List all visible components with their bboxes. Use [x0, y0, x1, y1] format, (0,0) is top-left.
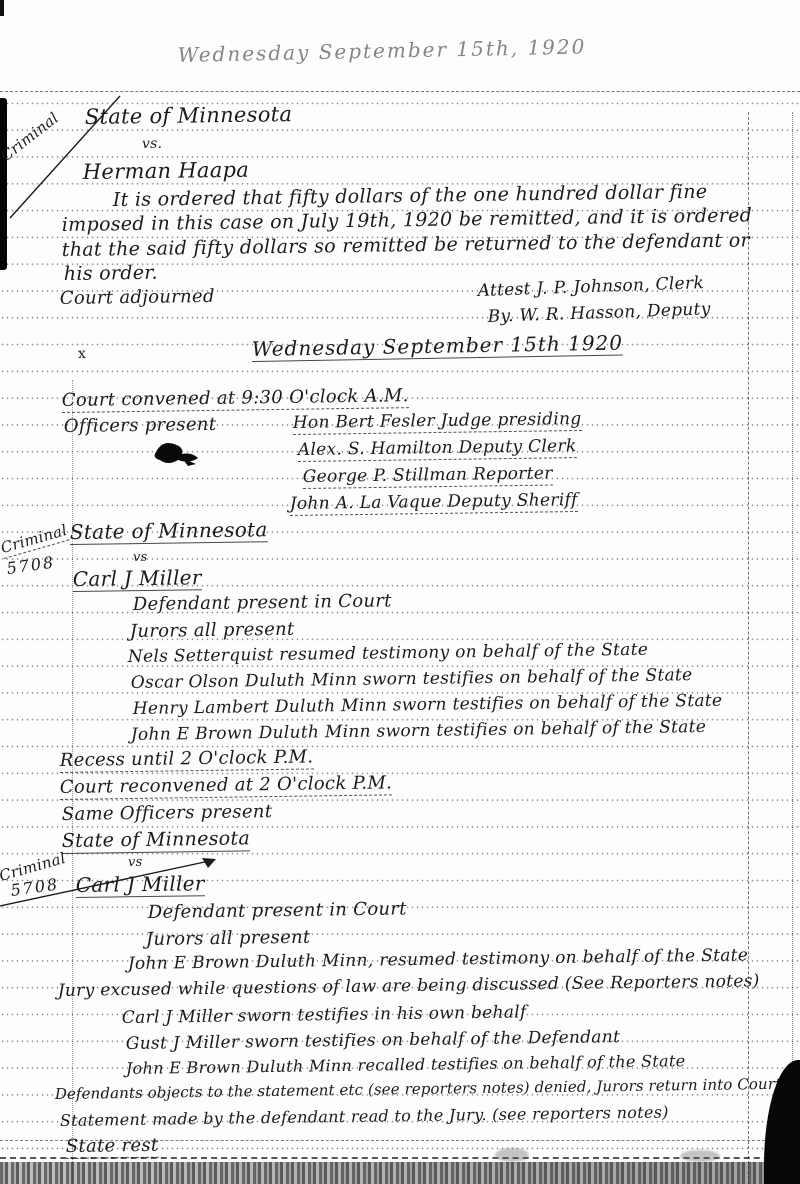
margin-x-mark: x: [78, 347, 86, 363]
scan-smudge: [680, 1150, 720, 1162]
minute-entry: Defendant present in Court: [133, 591, 392, 614]
case-vs-miller-pm: vs: [128, 856, 143, 870]
minute-entry: Defendant present in Court: [148, 899, 407, 922]
case-vs-miller-am: vs: [133, 551, 148, 565]
officer-name: Hon Bert Fesler Judge presiding: [293, 410, 582, 435]
scan-smudge: [495, 1148, 529, 1162]
scan-edge-bar: [0, 98, 7, 270]
same-officers-line: Same Officers present: [62, 802, 273, 825]
case-defendant-miller-pm: Carl J Miller: [76, 872, 205, 898]
officer-name: Alex. S. Hamilton Deputy Clerk: [298, 437, 577, 462]
officers-present-label: Officers present: [64, 415, 217, 437]
minute-entry: Jurors all present: [146, 928, 311, 950]
right-column-line-inner: [748, 112, 749, 1184]
case-defendant-miller-am: Carl J Miller: [73, 566, 202, 592]
officer-name: George P. Stillman Reporter: [303, 465, 553, 489]
scan-edge-specks: [0, 0, 4, 16]
court-adjourned-line: Court adjourned: [60, 287, 215, 309]
page-top-date: Wednesday September 15th, 1920: [178, 35, 587, 66]
case-plaintiff-miller-pm: State of Minnesota: [62, 828, 251, 854]
order-line: his order.: [64, 263, 158, 285]
case-plaintiff-haapa: State of Minnesota: [85, 103, 293, 129]
recess-line: Recess until 2 O'clock P.M.: [60, 747, 314, 772]
scan-bottom-rule-1: [0, 1140, 800, 1141]
right-column-line-outer: [792, 112, 793, 1184]
case-plaintiff-miller-am: State of Minnesota: [70, 518, 268, 545]
officer-name: John A. La Vaque Deputy Sheriff: [290, 491, 578, 516]
scan-bottom-noise-band: [0, 1162, 800, 1184]
reconvened-line: Court reconvened at 2 O'clock P.M.: [60, 773, 393, 799]
ledger-page: { "page": { "top_date": "Wednesday Septe…: [0, 0, 800, 1184]
case-vs-haapa: vs.: [142, 137, 163, 153]
minute-entry: Jurors all present: [130, 620, 295, 642]
ink-blot: [148, 438, 208, 472]
case-defendant-haapa: Herman Haapa: [83, 159, 250, 184]
